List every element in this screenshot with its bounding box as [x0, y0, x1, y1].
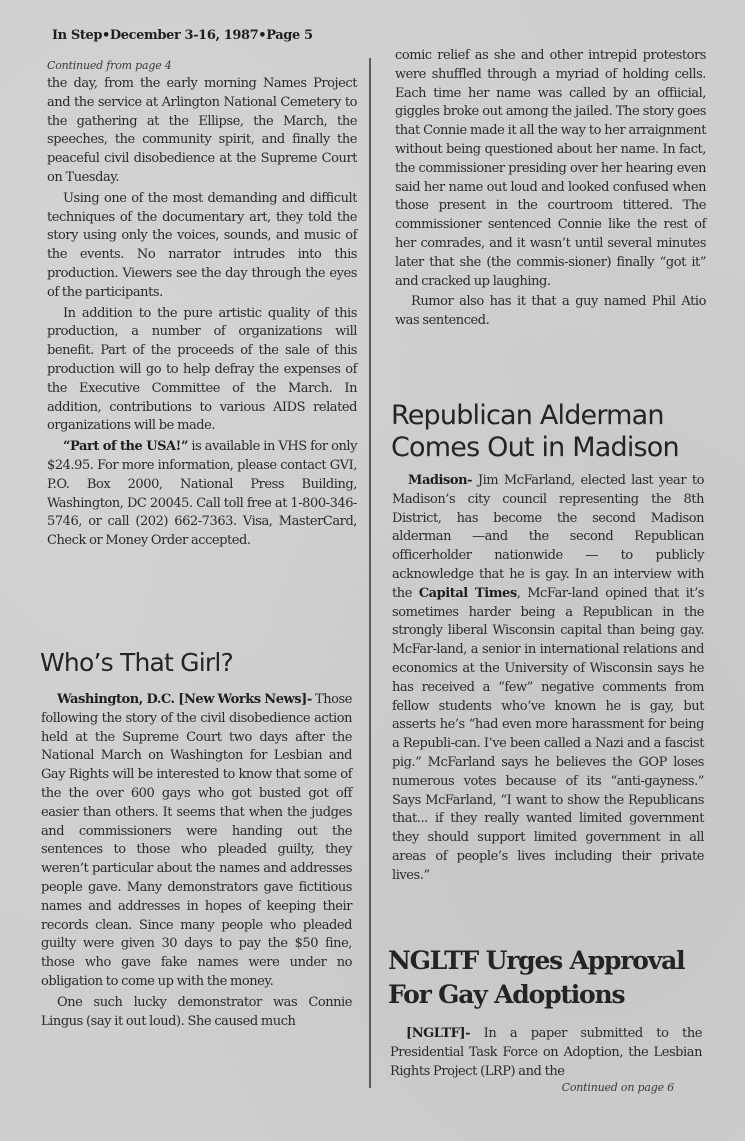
article-paragraph: Madison- Jim McFarland, elected last yea…	[392, 472, 704, 886]
article-whos-that-girl: Washington, D.C. [New Works News]- Those…	[41, 691, 352, 1031]
article-paragraph: Washington, D.C. [New Works News]- Those…	[41, 691, 352, 992]
article-paragraph: [NGLTF]- In a paper submitted to the Pre…	[390, 1025, 702, 1081]
publication-name: Capital Times	[419, 586, 517, 601]
article-paragraph: One such lucky demonstrator was Connie L…	[41, 994, 352, 1032]
newspaper-page: In Step•December 3-16, 1987•Page 5 Conti…	[0, 0, 745, 1141]
page-header: In Step•December 3-16, 1987•Page 5	[52, 28, 313, 43]
article-paragraph: Rumor also has it that a guy named Phil …	[395, 293, 706, 331]
column-rule	[369, 58, 371, 1088]
video-title: “Part of the USA!”	[63, 439, 188, 454]
article-paragraph: comic relief as she and other intrepid p…	[395, 47, 706, 291]
article-part-of-usa: the day, from the early morning Names Pr…	[47, 75, 357, 551]
article-whos-that-girl-continued: comic relief as she and other intrepid p…	[395, 47, 706, 331]
continued-on-note: Continued on page 6	[390, 1081, 702, 1094]
continued-from-note: Continued from page 4	[47, 59, 172, 72]
dateline: Madison-	[408, 473, 472, 488]
article-ngltf: [NGLTF]- In a paper submitted to the Pre…	[390, 1025, 702, 1094]
article-paragraph: the day, from the early morning Names Pr…	[47, 75, 357, 188]
article-paragraph: In addition to the pure artistic quality…	[47, 305, 357, 437]
article-paragraph: “Part of the USA!” is available in VHS f…	[47, 438, 357, 551]
ordering-info: is available in VHS for only $24.95. For…	[47, 439, 357, 548]
headline-ngltf: NGLTF Urges Approval For Gay Adoptions	[388, 944, 684, 1012]
article-paragraph: Using one of the most demanding and diff…	[47, 190, 357, 303]
dateline: [NGLTF]-	[406, 1026, 470, 1041]
dateline: Washington, D.C. [New Works News]-	[57, 692, 312, 707]
article-republican-alderman: Madison- Jim McFarland, elected last yea…	[392, 472, 704, 886]
headline-whos-that-girl: Who’s That Girl?	[40, 648, 233, 677]
headline-republican-alderman: Republican Alderman Comes Out in Madison	[391, 400, 679, 464]
